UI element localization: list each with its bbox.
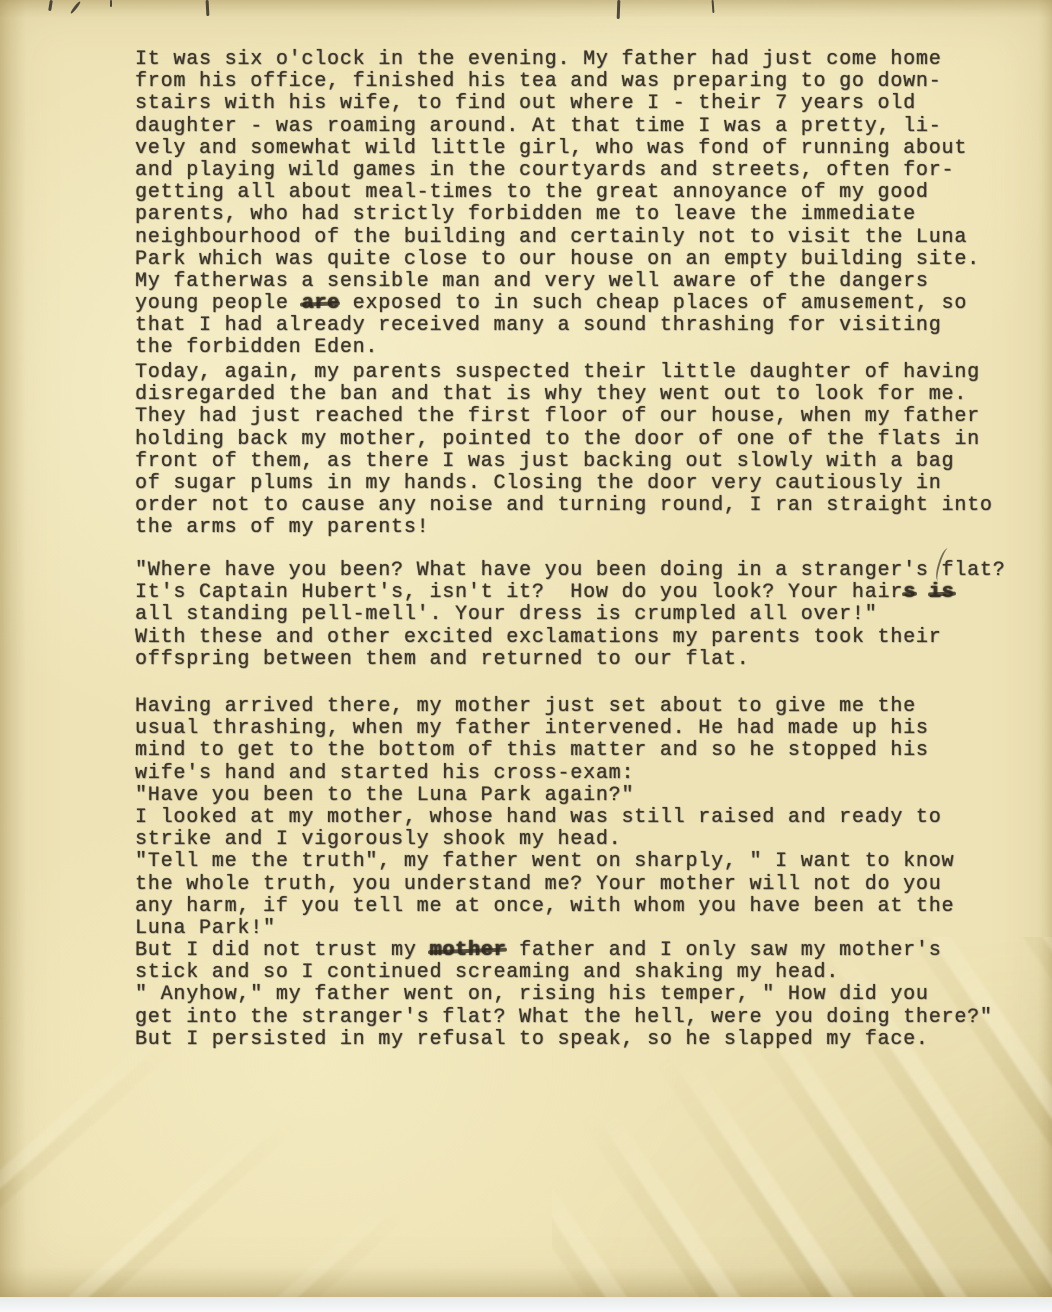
text-run: parents, who had strictly forbidden me t… [135, 203, 916, 226]
text-line: getting all about meal-times to the grea… [135, 181, 1049, 203]
text-line: They had just reached the first floor of… [135, 405, 1049, 427]
text-run: My fatherwas a sensible man and very wel… [135, 270, 929, 293]
text-run: disregarded the ban and that is why they… [135, 383, 967, 406]
text-run: Luna Park!" [135, 917, 276, 940]
text-line: stick and so I continued screaming and s… [135, 961, 1049, 983]
text-run: But I did not trust my [135, 939, 429, 962]
text-run: Having arrived there, my mother just set… [135, 695, 916, 718]
text-line: "Tell me the truth", my father went on s… [135, 850, 1049, 872]
text-run: father and I only saw my mother's [506, 939, 941, 962]
text-line: the forbidden Eden. [135, 336, 1049, 358]
typewritten-text: It was six o'clock in the evening. My fa… [0, 0, 1052, 1297]
text-run: Today, again, my parents suspected their… [135, 361, 980, 384]
text-run: get into the stranger's flat? What the h… [135, 1006, 993, 1029]
text-line: My fatherwas a sensible man and very wel… [135, 270, 1049, 292]
text-run: daughter - was roaming around. At that t… [135, 115, 942, 138]
text-run: strike and I vigorously shook my head. [135, 828, 621, 851]
text-line: mind to get to the bottom of this matter… [135, 739, 1049, 761]
text-run: all standing pell-mell'. Your dress is c… [135, 603, 878, 626]
text-run: any harm, if you tell me at once, with w… [135, 895, 954, 918]
text-run: front of them, as there I was just backi… [135, 450, 954, 473]
text-line: I looked at my mother, whose hand was st… [135, 806, 1049, 828]
text-line: holding back my mother, pointed to the d… [135, 428, 1049, 450]
text-line: the arms of my parents! [135, 516, 1049, 538]
text-run: of sugar plums in my hands. Closing the … [135, 472, 942, 495]
text-line: "Where have you been? What have you been… [135, 559, 1049, 581]
text-run: neighbourhood of the building and certai… [135, 226, 967, 249]
text-line: vely and somewhat wild little girl, who … [135, 137, 1049, 159]
text-run: It's Captain Hubert's, isn't it? How do … [135, 581, 903, 604]
overstruck-text: mother [429, 939, 506, 962]
text-line: Park which was quite close to our house … [135, 248, 1049, 270]
text-line: front of them, as there I was just backi… [135, 450, 1049, 472]
paragraph-cross-exam: Having arrived there, my mother just set… [135, 695, 1049, 1050]
text-run: the forbidden Eden. [135, 336, 378, 359]
text-line: neighbourhood of the building and certai… [135, 226, 1049, 248]
text-run: wife's hand and started his cross-exam: [135, 762, 634, 785]
text-line: the whole truth, you understand me? Your… [135, 873, 1049, 895]
text-run: "Have you been to the Luna Park again?" [135, 784, 634, 807]
text-run: exposed to in such cheap places of amuse… [340, 292, 967, 315]
text-line: any harm, if you tell me at once, with w… [135, 895, 1049, 917]
text-run: stairs with his wife, to find out where … [135, 92, 916, 115]
text-run: vely and somewhat wild little girl, who … [135, 137, 967, 160]
text-line: Luna Park!" [135, 917, 1049, 939]
text-run: mind to get to the bottom of this matter… [135, 739, 929, 762]
text-run: offspring between them and returned to o… [135, 648, 750, 671]
text-run: usual thrashing, when my father interven… [135, 717, 929, 740]
scanner-background [0, 1297, 1052, 1312]
text-line: strike and I vigorously shook my head. [135, 828, 1049, 850]
text-line: wife's hand and started his cross-exam: [135, 762, 1049, 784]
text-line: parents, who had strictly forbidden me t… [135, 203, 1049, 225]
paper-sheet: It was six o'clock in the evening. My fa… [0, 0, 1052, 1300]
text-run: that I had already received many a sound… [135, 314, 942, 337]
text-run: "Where have you been? What have you been… [135, 559, 1006, 582]
text-line: usual thrashing, when my father interven… [135, 717, 1049, 739]
text-run: They had just reached the first floor of… [135, 405, 980, 428]
text-line: offspring between them and returned to o… [135, 648, 1049, 670]
text-line: from his office, finished his tea and wa… [135, 70, 1049, 92]
text-run [916, 581, 929, 604]
overstruck-text: is [929, 581, 955, 604]
text-run: the whole truth, you understand me? Your… [135, 873, 942, 896]
text-run: from his office, finished his tea and wa… [135, 70, 942, 93]
text-run: getting all about meal-times to the grea… [135, 181, 929, 204]
text-run: With these and other excited exclamation… [135, 626, 942, 649]
overstruck-text: s [903, 581, 916, 604]
text-run: I looked at my mother, whose hand was st… [135, 806, 942, 829]
paragraph-quote: "Where have you been? What have you been… [135, 559, 1049, 670]
text-line: daughter - was roaming around. At that t… [135, 115, 1049, 137]
text-line: young people are exposed to in such chea… [135, 292, 1049, 314]
text-line: all standing pell-mell'. Your dress is c… [135, 603, 1049, 625]
text-line: Today, again, my parents suspected their… [135, 361, 1049, 383]
text-line: order not to cause any noise and turning… [135, 494, 1049, 516]
text-run: But I persisted in my refusal to speak, … [135, 1028, 929, 1051]
text-line: stairs with his wife, to find out where … [135, 92, 1049, 114]
text-line: of sugar plums in my hands. Closing the … [135, 472, 1049, 494]
text-run: It was six o'clock in the evening. My fa… [135, 48, 942, 71]
paragraph-today-again: Today, again, my parents suspected their… [135, 361, 1049, 539]
text-line: "Have you been to the Luna Park again?" [135, 784, 1049, 806]
text-line: But I did not trust my mother father and… [135, 939, 1049, 961]
text-run: young people [135, 292, 301, 315]
text-run: " Anyhow," my father went on, rising his… [135, 983, 929, 1006]
text-line: Having arrived there, my mother just set… [135, 695, 1049, 717]
paragraph-opening: It was six o'clock in the evening. My fa… [135, 48, 1049, 359]
text-line: It was six o'clock in the evening. My fa… [135, 48, 1049, 70]
text-line: that I had already received many a sound… [135, 314, 1049, 336]
text-run: "Tell me the truth", my father went on s… [135, 850, 954, 873]
text-run: holding back my mother, pointed to the d… [135, 428, 980, 451]
text-line: and playing wild games in the courtyards… [135, 159, 1049, 181]
text-line: But I persisted in my refusal to speak, … [135, 1028, 1049, 1050]
overstruck-text: are [301, 292, 339, 315]
text-run: stick and so I continued screaming and s… [135, 961, 839, 984]
text-line: get into the stranger's flat? What the h… [135, 1006, 1049, 1028]
text-line: " Anyhow," my father went on, rising his… [135, 983, 1049, 1005]
text-run: Park which was quite close to our house … [135, 248, 980, 271]
text-line: disregarded the ban and that is why they… [135, 383, 1049, 405]
text-run: order not to cause any noise and turning… [135, 494, 993, 517]
text-run: the arms of my parents! [135, 516, 429, 539]
text-line: It's Captain Hubert's, isn't it? How do … [135, 581, 1049, 603]
text-run: and playing wild games in the courtyards… [135, 159, 954, 182]
text-line: With these and other excited exclamation… [135, 626, 1049, 648]
